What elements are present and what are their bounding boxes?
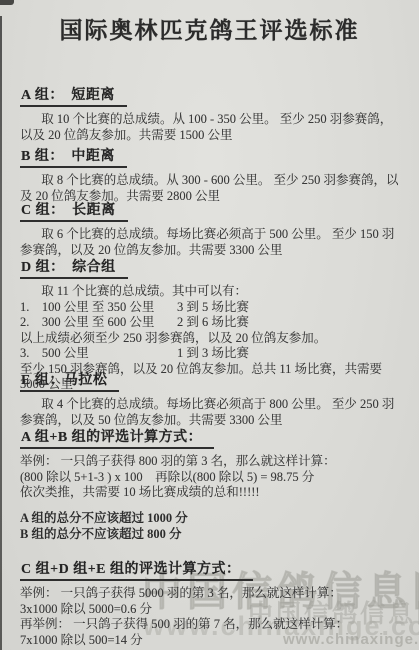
section-group-b: B 组： 中距离 取 8 个比赛的总成绩。从 300 - 600 公里。 至少 … xyxy=(20,145,404,204)
distance-row-1: 1. 100 公里 至 350 公里 3 到 5 场比赛 xyxy=(20,300,404,316)
section-e-header: E 组：马拉松 xyxy=(20,369,119,392)
scan-corner-mark xyxy=(0,0,14,5)
distance-row-2: 2. 300 公里 至 600 公里 2 到 6 场比赛 xyxy=(20,315,404,331)
section-calc-cde: C 组+D 组+E 组的评选计算方式： 举例： 一只鸽子获得 5000 羽的第 … xyxy=(20,558,404,648)
distance-row-1-races: 3 到 5 场比赛 xyxy=(177,300,404,316)
distance-row-1-range: 1. 100 公里 至 350 公里 xyxy=(20,300,177,316)
calc-ab-header: A 组+B 组的评选计算方式： xyxy=(20,426,214,449)
section-calc-ab: A 组+B 组的评选计算方式： 举例： 一只鸽子获得 800 羽的第 3 名，那… xyxy=(20,426,404,542)
calc-cde-header: C 组+D 组+E 组的评选计算方式： xyxy=(20,558,253,581)
calc-cde-line-3: 再举例： 一只鸽子获得 500 羽的第 7 名，那么就这样计算： xyxy=(20,617,404,633)
distance-row-3-races: 1 到 3 场比赛 xyxy=(177,346,404,362)
distance-row-2-races: 2 到 6 场比赛 xyxy=(177,315,404,331)
distance-row-3: 3. 500 公里 1 到 3 场比赛 xyxy=(20,346,404,362)
section-b-header: B 组： 中距离 xyxy=(20,145,127,168)
calc-cde-line-2: 3x1000 除以 5000=0.6 分 xyxy=(20,602,404,618)
calc-ab-line-3: 依次类推，共需要 10 场比赛成绩的总和!!!!! xyxy=(20,485,404,501)
calc-cde-line-4: 7x1000 除以 500=14 分 xyxy=(20,633,404,649)
section-group-e: E 组：马拉松 取 4 个比赛的总成绩。每场比赛必须高于 800 公里。 至少 … xyxy=(20,369,404,428)
scanned-document-page: 中国信鸽信息网 中国信鸽信息网 www.chinaxinge.com www.c… xyxy=(0,0,419,650)
limit-group-b: B 组的总分不应该超过 800 分 xyxy=(20,526,404,542)
section-group-a: A 组： 短距离 取 10 个比赛的总成绩。从 100 - 350 公里。 至少… xyxy=(20,84,404,143)
score-limits: A 组的总分不应该超过 1000 分 B 组的总分不应该超过 800 分 xyxy=(20,510,404,542)
section-a-body: 取 10 个比赛的总成绩。从 100 - 350 公里。 至少 250 羽参赛鸽… xyxy=(20,112,404,143)
distance-row-2-range: 2. 300 公里 至 600 公里 xyxy=(20,315,177,331)
page-title: 国际奥林匹克鸽王评选标准 xyxy=(0,12,419,45)
scan-edge-shadow xyxy=(0,16,2,650)
section-group-c: C 组： 长距离 取 6 个比赛的总成绩。每场比赛必须高于 500 公里。 至少… xyxy=(20,199,404,258)
calc-cde-line-1: 举例： 一只鸽子获得 5000 羽的第 3 名，那么就这样计算： xyxy=(20,586,404,602)
distance-row-3-range: 3. 500 公里 xyxy=(20,346,177,362)
section-c-body: 取 6 个比赛的总成绩。每场比赛必须高于 500 公里。 至少 150 羽参赛鸽… xyxy=(20,227,404,258)
section-d-intro: 取 11 个比赛的总成绩。其中可以有： xyxy=(20,284,404,300)
limit-group-a: A 组的总分不应该超过 1000 分 xyxy=(20,510,404,526)
section-e-body: 取 4 个比赛的总成绩。每场比赛必须高于 800 公里。 至少 250 羽参赛鸽… xyxy=(20,397,404,428)
calc-ab-line-2: (800 除以 5+1-3 ) x 100 再除以(800 除以 5) = 98… xyxy=(20,470,404,486)
section-a-header: A 组： 短距离 xyxy=(20,84,127,107)
section-c-header: C 组： 长距离 xyxy=(20,199,128,222)
calc-ab-line-1: 举例： 一只鸽子获得 800 羽的第 3 名，那么就这样计算： xyxy=(20,454,404,470)
section-d-note-1: 以上成绩必须至少 250 羽参赛鸽，以及 20 位鸽友参加。 xyxy=(20,331,404,347)
section-d-header: D 组： 综合组 xyxy=(20,256,128,279)
